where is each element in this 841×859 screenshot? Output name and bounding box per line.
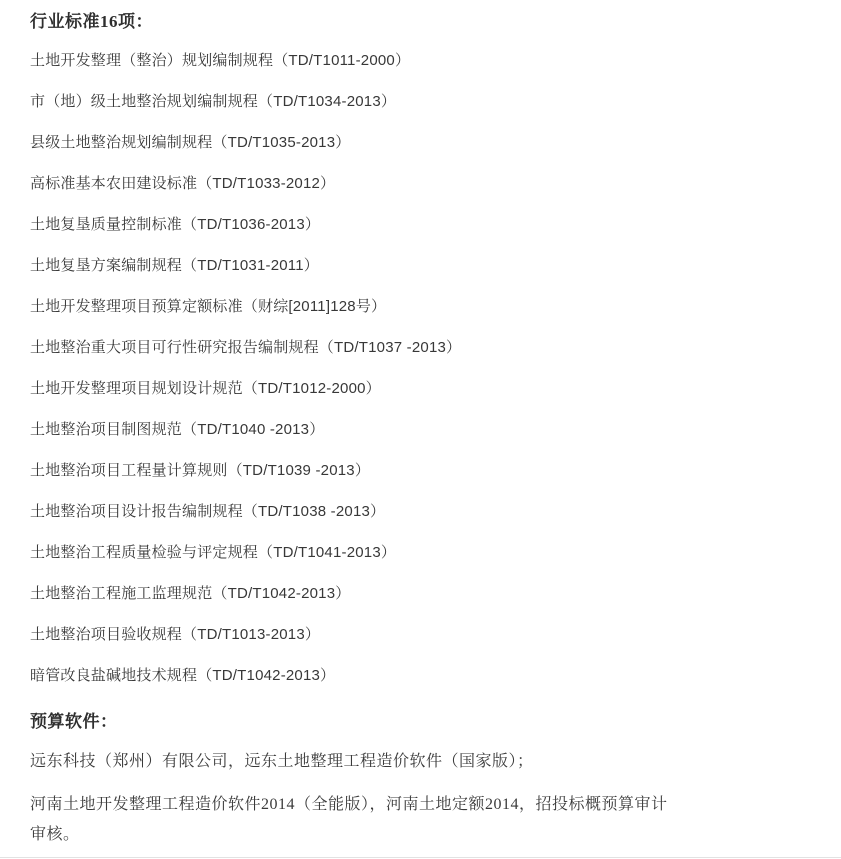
software-section-heading: 预算软件： xyxy=(30,710,811,734)
standard-item: 土地整治工程质量检验与评定规程（TD/T1041-2013） xyxy=(30,532,811,573)
software-paragraph-2: 河南土地开发整理工程造价软件2014（全能版），河南土地定额2014，招投标概预… xyxy=(30,790,811,850)
standard-item: 土地整治项目工程量计算规则（TD/T1039 -2013） xyxy=(30,450,811,491)
standard-item: 高标准基本农田建设标准（TD/T1033-2012） xyxy=(30,163,811,204)
standards-section-heading: 行业标准16项： xyxy=(30,10,811,34)
standard-item: 市（地）级土地整治规划编制规程（TD/T1034-2013） xyxy=(30,81,811,122)
standard-item: 土地整治项目制图规范（TD/T1040 -2013） xyxy=(30,409,811,450)
standard-item: 土地开发整理项目预算定额标准（财综[2011]128号） xyxy=(30,286,811,327)
document-page: { "page": { "background": "#ffffff", "te… xyxy=(0,0,841,859)
bottom-divider xyxy=(0,857,841,858)
standards-list: 土地开发整理（整治）规划编制规程（TD/T1011-2000） 市（地）级土地整… xyxy=(30,40,811,696)
standard-item: 县级土地整治规划编制规程（TD/T1035-2013） xyxy=(30,122,811,163)
standard-item: 暗管改良盐碱地技术规程（TD/T1042-2013） xyxy=(30,655,811,696)
standard-item: 土地开发整理项目规划设计规范（TD/T1012-2000） xyxy=(30,368,811,409)
document-content: 行业标准16项： 土地开发整理（整治）规划编制规程（TD/T1011-2000）… xyxy=(0,0,841,850)
standard-item: 土地整治工程施工监理规范（TD/T1042-2013） xyxy=(30,573,811,614)
standard-item: 土地开发整理（整治）规划编制规程（TD/T1011-2000） xyxy=(30,40,811,81)
standard-item: 土地整治重大项目可行性研究报告编制规程（TD/T1037 -2013） xyxy=(30,327,811,368)
software-paragraph-2-line-2: 审核。 xyxy=(30,820,811,850)
standard-item: 土地复垦方案编制规程（TD/T1031-2011） xyxy=(30,245,811,286)
standard-item: 土地整治项目验收规程（TD/T1013-2013） xyxy=(30,614,811,655)
standard-item: 土地复垦质量控制标准（TD/T1036-2013） xyxy=(30,204,811,245)
software-paragraph-2-line-1: 河南土地开发整理工程造价软件2014（全能版），河南土地定额2014，招投标概预… xyxy=(30,790,811,820)
standard-item: 土地整治项目设计报告编制规程（TD/T1038 -2013） xyxy=(30,491,811,532)
software-paragraph-1: 远东科技（郑州）有限公司，远东土地整理工程造价软件（国家版）； xyxy=(30,747,811,777)
